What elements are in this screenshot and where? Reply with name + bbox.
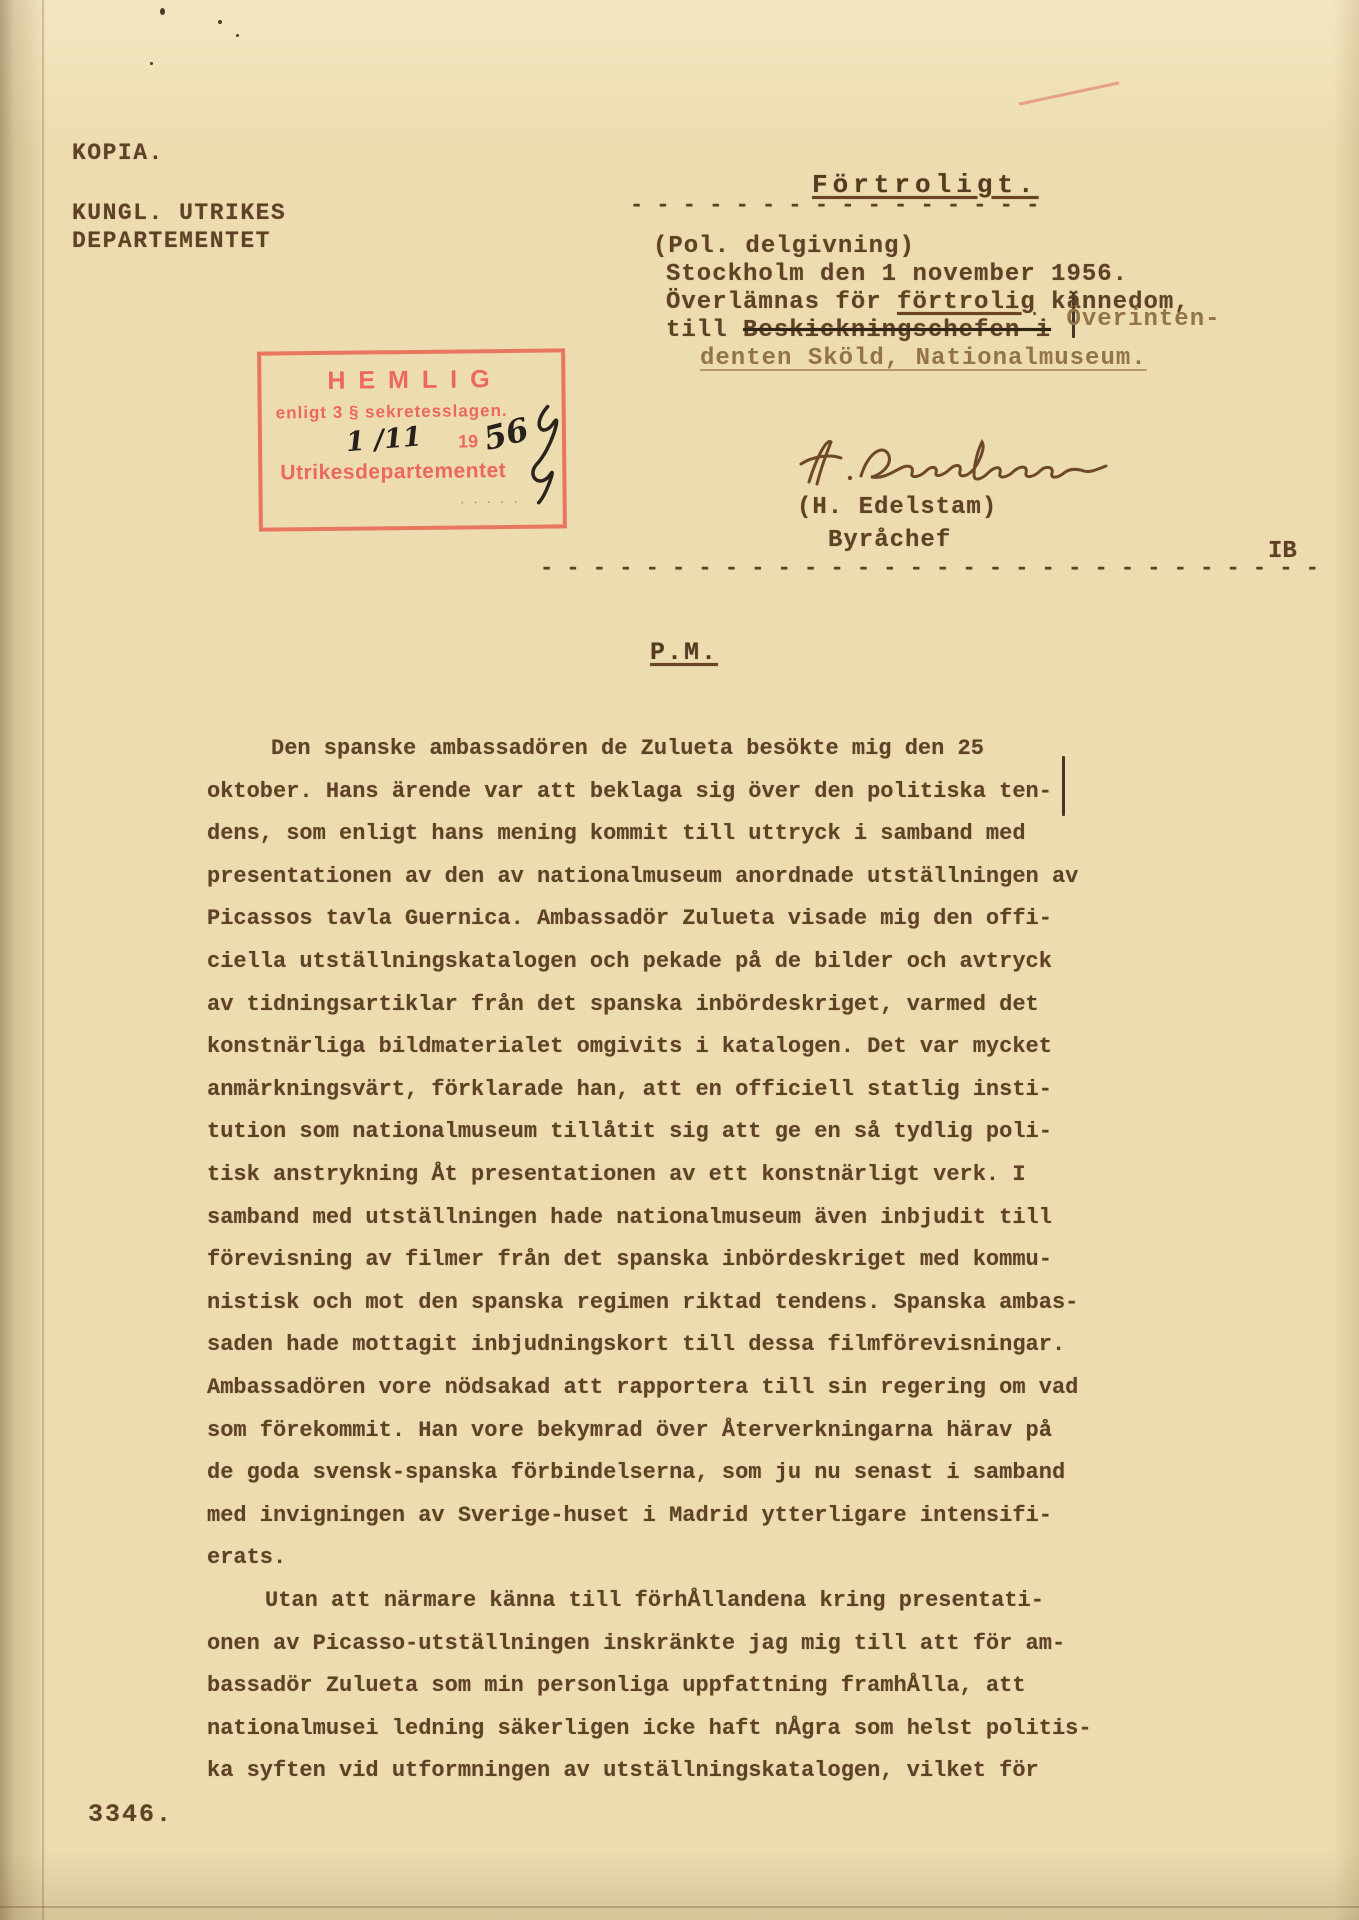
memo-line: nistisk och mot den spanska regimen rikt… <box>207 1282 1078 1325</box>
memo-line: Picassos tavla Guernica. Ambassadör Zulu… <box>207 898 1078 941</box>
memo-line: Utan att närmare känna till förhÅllanden… <box>207 1580 1092 1623</box>
delivery-line3-pre: Överlämnas för <box>666 289 897 316</box>
memo-line: samband med utställningen hade nationalm… <box>207 1197 1078 1240</box>
delivery-note-line5: denten Sköld, Nationalmuseum. <box>700 345 1147 372</box>
memo-line: presentationen av den av nationalmuseum … <box>207 856 1078 899</box>
memo-line: förevisning av filmer från det spanska i… <box>207 1239 1078 1282</box>
memo-line: tisk anstrykning Åt presentationen av et… <box>207 1154 1078 1197</box>
stamp-signature-squiggle-icon <box>490 400 571 511</box>
delivery-line4-pre: till <box>666 317 743 344</box>
red-crease-mark <box>1019 81 1119 105</box>
stamp-office-line: Utrikesdepartementet <box>280 459 506 485</box>
memo-line: konstnärliga bildmaterialet omgivits i k… <box>207 1026 1078 1069</box>
memo-line: oktober. Hans ärende var att beklaga sig… <box>207 771 1078 814</box>
memo-line: ka syften vid utformningen av utställnin… <box>207 1750 1092 1793</box>
memo-line: erats. <box>207 1537 1078 1580</box>
memo-line: anmärkningsvärt, förklarade han, att en … <box>207 1069 1078 1112</box>
delivery-note-line1: (Pol. delgivning) <box>653 233 915 260</box>
paper-speck <box>236 34 239 37</box>
delivery-line4-struck-text: Beskickningschefen i <box>743 317 1051 344</box>
hemlig-label: HEMLIG <box>327 365 503 396</box>
delivery-note-line2: Stockholm den 1 november 1956. <box>666 261 1128 288</box>
kopia-label: KOPIA. <box>72 140 164 166</box>
memo-line: Den spanske ambassadören de Zulueta besö… <box>207 728 1078 771</box>
paper-bottom-crease <box>0 1906 1359 1908</box>
stamp-year-printed: 19 <box>458 431 478 452</box>
memo-line: av tidningsartiklar från det spanska inb… <box>207 984 1078 1027</box>
agency-name-line1: KUNGL. UTRIKES <box>72 200 286 226</box>
paper-crease <box>42 0 44 1920</box>
secrecy-stamp: HEMLIG enligt 3 § sekretesslagen. 1 /11 … <box>257 348 567 531</box>
stamp-handwritten-date: 1 /11 <box>345 421 423 458</box>
memo-line: med invigningen av Sverige-huset i Madri… <box>207 1495 1078 1538</box>
classification-title: Förtroligt. <box>812 170 1039 200</box>
signer-title: Byråchef <box>828 527 951 554</box>
page-number: 3346. <box>88 1800 173 1829</box>
memo-line: de goda svensk-spanska förbindelserna, s… <box>207 1452 1078 1495</box>
agency-name-line2: DEPARTEMENTET <box>72 228 271 254</box>
paper-speck <box>218 20 222 24</box>
memo-line: dens, som enligt hans mening kommit till… <box>207 813 1078 856</box>
paper-speck <box>160 8 165 15</box>
delivery-line4-inserted-text: Överinten- <box>1066 306 1220 333</box>
signature-dash-row: - - - - - - - - - - - - - - - - - - - - … <box>540 556 1319 581</box>
memo-line: bassadör Zulueta som min personliga uppf… <box>207 1665 1092 1708</box>
delivery-line3-underlined: förtrolig <box>897 289 1036 316</box>
memo-paragraph-2: Utan att närmare känna till förhÅllanden… <box>207 1580 1092 1793</box>
memo-line: tution som nationalmuseum tillåtit sig a… <box>207 1111 1078 1154</box>
memo-line: nationalmusei ledning säkerligen icke ha… <box>207 1708 1092 1751</box>
memo-line: ciella utställningskatalogen och pekade … <box>207 941 1078 984</box>
document-scan: KOPIA. KUNGL. UTRIKES DEPARTEMENTET - - … <box>0 0 1359 1920</box>
paper-speck <box>150 62 153 65</box>
memo-heading: P.M. <box>650 638 718 667</box>
memo-line: Ambassadören vore nödsakad att rapporter… <box>207 1367 1078 1410</box>
memo-paragraph-1: Den spanske ambassadören de Zulueta besö… <box>207 728 1078 1580</box>
memo-line: onen av Picasso-utställningen inskränkte… <box>207 1623 1092 1666</box>
handwritten-signature <box>795 430 1115 494</box>
memo-line: som förekommit. Han vore bekymrad över Å… <box>207 1410 1078 1453</box>
memo-line: saden hade mottagit inbjudningskort till… <box>207 1324 1078 1367</box>
typed-signer-name: (H. Edelstam) <box>797 494 997 521</box>
stamp-law-line: enligt 3 § sekretesslagen. <box>276 401 508 423</box>
delivery-note-line4: till Beskickningschefen i Överinten- <box>666 317 1221 344</box>
